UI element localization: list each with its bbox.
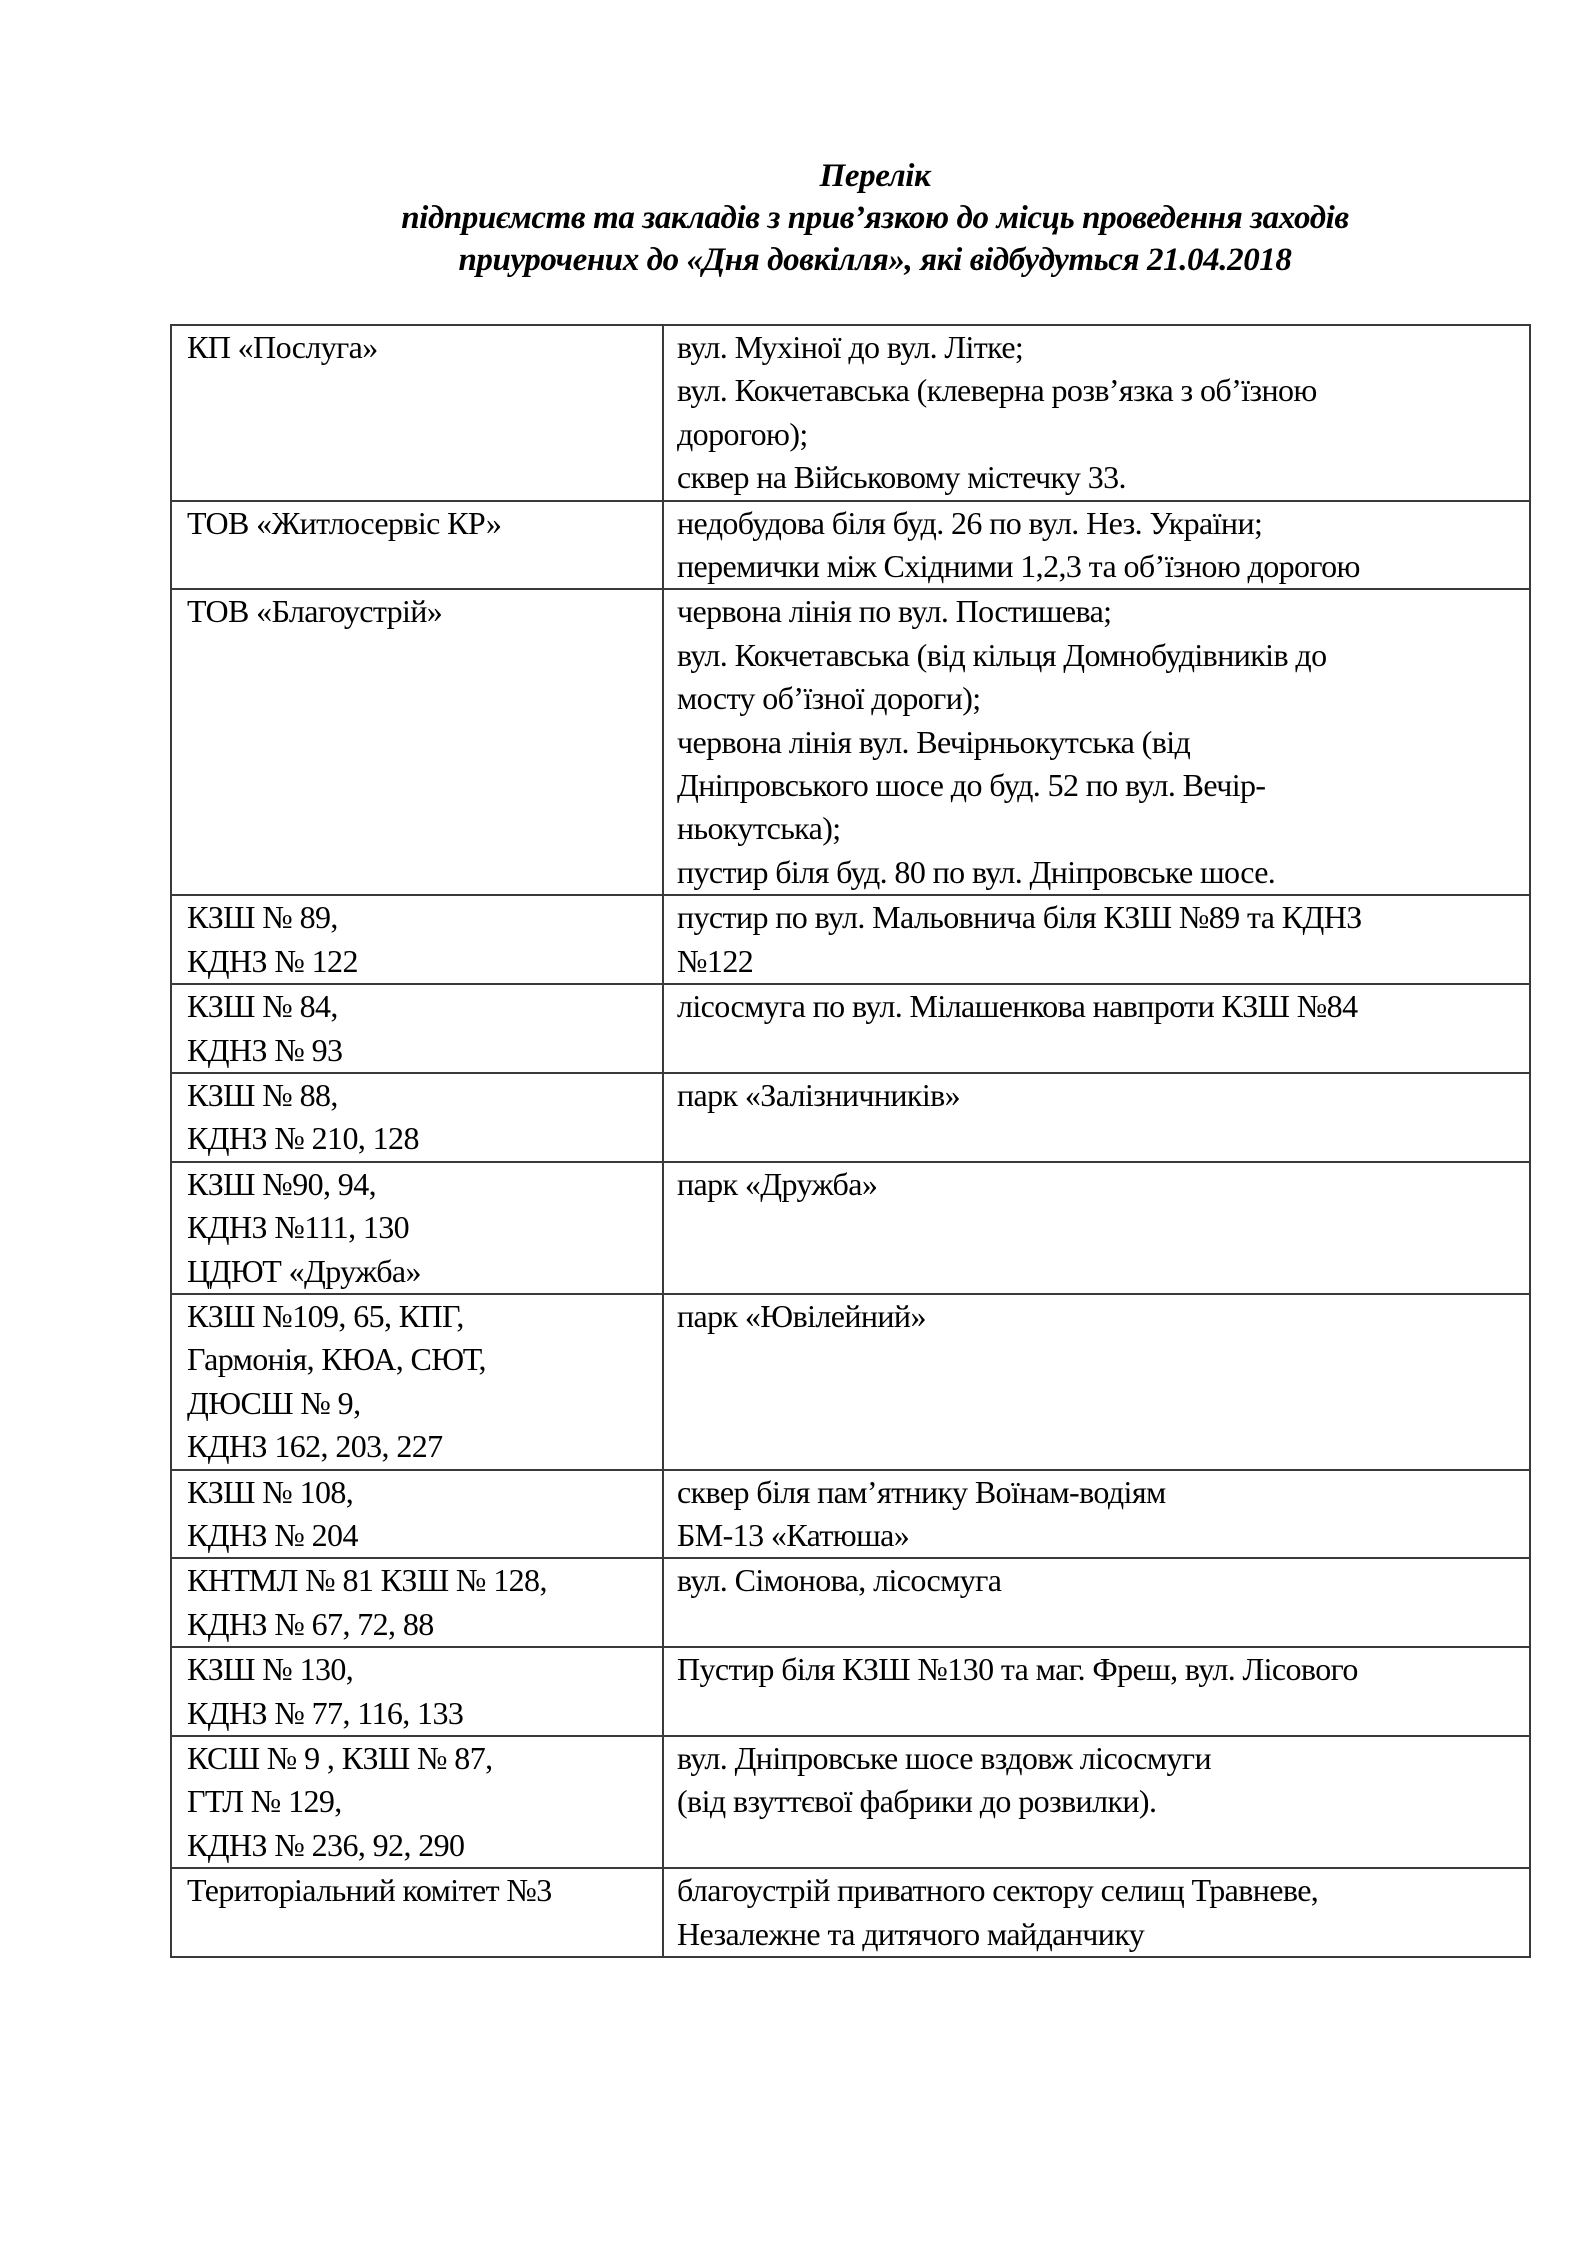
organization-cell: Територіальний комітет №3 <box>171 1868 663 1957</box>
organization-cell: КЗШ № 108,КДНЗ № 204 <box>171 1470 663 1559</box>
location-line: вул. Мухіної до вул. Літке; <box>677 326 1525 369</box>
organization-line: Гармонія, КЮА, СЮТ, <box>187 1338 656 1381</box>
organization-line: КДНЗ № 236, 92, 290 <box>187 1824 656 1867</box>
organization-line: Територіальний комітет №3 <box>187 1869 656 1912</box>
table-row: КЗШ № 84,КДНЗ № 93лісосмуга по вул. Міла… <box>171 984 1530 1073</box>
table-row: ТОВ «Благоустрій»червона лінія по вул. П… <box>171 589 1530 895</box>
document-title: Перелік підприємств та закладів з прив’я… <box>170 155 1580 281</box>
table-row: КЗШ № 88,КДНЗ № 210, 128парк «Залізнични… <box>171 1073 1530 1162</box>
location-line: червона лінія по вул. Постишева; <box>677 590 1525 633</box>
organization-line: КЗШ № 88, <box>187 1074 656 1117</box>
location-line: дорогою); <box>677 413 1525 456</box>
location-line: пустир по вул. Мальовнича біля КЗШ №89 т… <box>677 896 1525 939</box>
title-line-1: Перелік <box>170 155 1580 197</box>
organization-line: КДНЗ 162, 203, 227 <box>187 1425 656 1468</box>
location-cell: вул. Дніпровське шосе вздовж лісосмуги(в… <box>663 1736 1530 1868</box>
table-row: КЗШ №109, 65, КПГ,Гармонія, КЮА, СЮТ,ДЮС… <box>171 1294 1530 1470</box>
location-cell: благоустрій приватного сектору селищ Тра… <box>663 1868 1530 1957</box>
location-line: недобудова біля буд. 26 по вул. Нез. Укр… <box>677 502 1525 545</box>
organization-line: КЗШ № 130, <box>187 1648 656 1691</box>
location-line: (від взуттєвої фабрики до розвилки). <box>677 1780 1525 1823</box>
table-row: КЗШ №90, 94,КДНЗ №111, 130ЦДЮТ «Дружба»п… <box>171 1162 1530 1294</box>
table-row: КСШ № 9 , КЗШ № 87,ГТЛ № 129,КДНЗ № 236,… <box>171 1736 1530 1868</box>
organization-line: КДНЗ №111, 130 <box>187 1206 656 1249</box>
organization-cell: КСШ № 9 , КЗШ № 87,ГТЛ № 129,КДНЗ № 236,… <box>171 1736 663 1868</box>
table-row: КНТМЛ № 81 КЗШ № 128,КДНЗ № 67, 72, 88ву… <box>171 1558 1530 1647</box>
location-line: ньокутська); <box>677 807 1525 850</box>
organization-line: КДНЗ № 122 <box>187 940 656 983</box>
table-row: ТОВ «Житлосервіс КР»недобудова біля буд.… <box>171 501 1530 590</box>
location-line: мосту об’їзної дороги); <box>677 677 1525 720</box>
location-cell: червона лінія по вул. Постишева;вул. Кок… <box>663 589 1530 895</box>
location-cell: парк «Залізничників» <box>663 1073 1530 1162</box>
organization-cell: КЗШ № 89,КДНЗ № 122 <box>171 895 663 984</box>
location-cell: парк «Дружба» <box>663 1162 1530 1294</box>
location-line: вул. Сімонова, лісосмуга <box>677 1559 1525 1602</box>
location-line: сквер на Військовому містечку 33. <box>677 456 1525 499</box>
organization-line: КДНЗ № 77, 116, 133 <box>187 1692 656 1735</box>
location-line: пустир біля буд. 80 по вул. Дніпровське … <box>677 851 1525 894</box>
title-line-3: приурочених до «Дня довкілля», які відбу… <box>170 239 1580 281</box>
organization-line: ДЮСШ № 9, <box>187 1382 656 1425</box>
organization-cell: ТОВ «Благоустрій» <box>171 589 663 895</box>
organization-line: КЗШ №90, 94, <box>187 1163 656 1206</box>
table-row: КЗШ № 130,КДНЗ № 77, 116, 133Пустир біля… <box>171 1647 1530 1736</box>
organization-line: КЗШ № 84, <box>187 985 656 1028</box>
organization-cell: КЗШ №90, 94,КДНЗ №111, 130ЦДЮТ «Дружба» <box>171 1162 663 1294</box>
location-line: вул. Кокчетавська (від кільця Домнобудів… <box>677 634 1525 677</box>
organization-line: КДНЗ № 210, 128 <box>187 1117 656 1160</box>
location-line: червона лінія вул. Вечірньокутська (від <box>677 721 1525 764</box>
location-cell: вул. Сімонова, лісосмуга <box>663 1558 1530 1647</box>
location-cell: парк «Ювілейний» <box>663 1294 1530 1470</box>
organization-line: ТОВ «Житлосервіс КР» <box>187 502 656 545</box>
table-row: КЗШ № 89,КДНЗ № 122пустир по вул. Мальов… <box>171 895 1530 984</box>
organization-line: ГТЛ № 129, <box>187 1780 656 1823</box>
organization-line: ТОВ «Благоустрій» <box>187 590 656 633</box>
location-line: лісосмуга по вул. Мілашенкова навпроти К… <box>677 985 1525 1028</box>
location-cell: Пустир біля КЗШ №130 та маг. Фреш, вул. … <box>663 1647 1530 1736</box>
table-row: Територіальний комітет №3благоустрій при… <box>171 1868 1530 1957</box>
location-line: Незалежне та дитячого майданчику <box>677 1913 1525 1956</box>
organization-cell: КЗШ № 88,КДНЗ № 210, 128 <box>171 1073 663 1162</box>
location-line: БМ-13 «Катюша» <box>677 1514 1525 1557</box>
location-line: №122 <box>677 940 1525 983</box>
organization-line: КДНЗ № 93 <box>187 1029 656 1072</box>
organization-line: ЦДЮТ «Дружба» <box>187 1250 656 1293</box>
table-row: КЗШ № 108,КДНЗ № 204сквер біля пам’ятник… <box>171 1470 1530 1559</box>
location-cell: пустир по вул. Мальовнича біля КЗШ №89 т… <box>663 895 1530 984</box>
organization-cell: КЗШ № 84,КДНЗ № 93 <box>171 984 663 1073</box>
organization-cell: ТОВ «Житлосервіс КР» <box>171 501 663 590</box>
organization-line: КП «Послуга» <box>187 326 656 369</box>
location-line: парк «Дружба» <box>677 1163 1525 1206</box>
location-cell: недобудова біля буд. 26 по вул. Нез. Укр… <box>663 501 1530 590</box>
location-line: вул. Дніпровське шосе вздовж лісосмуги <box>677 1737 1525 1780</box>
location-cell: вул. Мухіної до вул. Літке;вул. Кокчетав… <box>663 325 1530 501</box>
organization-line: КДНЗ № 204 <box>187 1514 656 1557</box>
location-line: Дніпровського шосе до буд. 52 по вул. Ве… <box>677 764 1525 807</box>
organization-cell: КЗШ №109, 65, КПГ,Гармонія, КЮА, СЮТ,ДЮС… <box>171 1294 663 1470</box>
organization-cell: КП «Послуга» <box>171 325 663 501</box>
organization-line: КЗШ №109, 65, КПГ, <box>187 1295 656 1338</box>
location-line: парк «Залізничників» <box>677 1074 1525 1117</box>
table-row: КП «Послуга»вул. Мухіної до вул. Літке;в… <box>171 325 1530 501</box>
organization-line: КДНЗ № 67, 72, 88 <box>187 1603 656 1646</box>
locations-table-body: КП «Послуга»вул. Мухіної до вул. Літке;в… <box>171 325 1530 1957</box>
organization-cell: КЗШ № 130,КДНЗ № 77, 116, 133 <box>171 1647 663 1736</box>
organization-line: КЗШ № 89, <box>187 896 656 939</box>
title-line-2: підприємств та закладів з прив’язкою до … <box>170 197 1580 239</box>
organization-cell: КНТМЛ № 81 КЗШ № 128,КДНЗ № 67, 72, 88 <box>171 1558 663 1647</box>
location-line: парк «Ювілейний» <box>677 1295 1525 1338</box>
location-line: перемички між Східними 1,2,3 та об’їзною… <box>677 545 1525 588</box>
organization-line: КЗШ № 108, <box>187 1471 656 1514</box>
organization-line: КНТМЛ № 81 КЗШ № 128, <box>187 1559 656 1602</box>
location-cell: сквер біля пам’ятнику Воїнам-водіямБМ-13… <box>663 1470 1530 1559</box>
location-line: благоустрій приватного сектору селищ Тра… <box>677 1869 1525 1912</box>
location-line: сквер біля пам’ятнику Воїнам-водіям <box>677 1471 1525 1514</box>
location-cell: лісосмуга по вул. Мілашенкова навпроти К… <box>663 984 1530 1073</box>
location-line: Пустир біля КЗШ №130 та маг. Фреш, вул. … <box>677 1648 1525 1691</box>
location-line: вул. Кокчетавська (клеверна розв’язка з … <box>677 369 1525 412</box>
locations-table: КП «Послуга»вул. Мухіної до вул. Літке;в… <box>170 324 1531 1958</box>
organization-line: КСШ № 9 , КЗШ № 87, <box>187 1737 656 1780</box>
